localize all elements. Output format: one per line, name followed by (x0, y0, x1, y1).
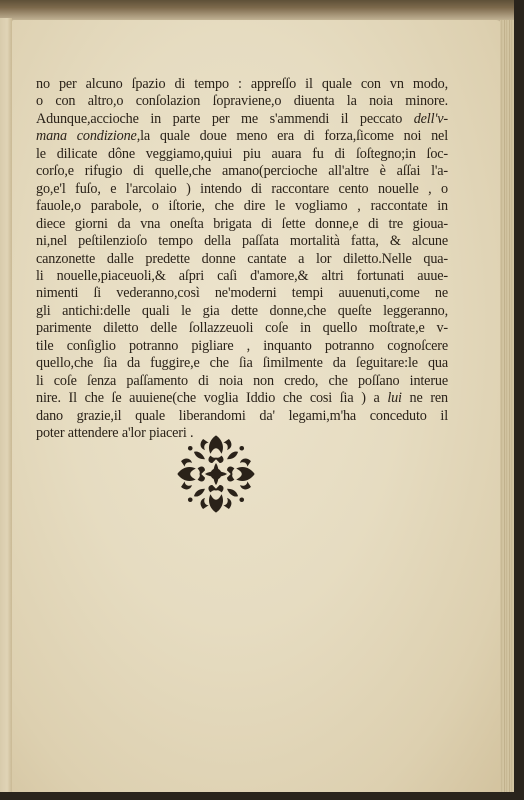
text-line: no per alcuno ſpazio di tempo : appreſſo… (36, 76, 448, 93)
text-segment: Adunque,accioche in parte per me s'ammen… (36, 111, 414, 127)
text-segment: li coſe ſenza paſſamento di noia non cre… (36, 373, 448, 389)
italic-segment: lui (387, 390, 402, 406)
text-line: nimenti ſi vederanno,così ne'moderni tem… (36, 285, 448, 302)
text-line: o con altro,o conſolazion ſopraviene,o d… (36, 93, 448, 110)
text-line: tile conſiglio potranno pigliare , inqua… (36, 338, 448, 355)
text-segment: diece giorni da vna oneſta brigata di ſe… (36, 216, 448, 232)
text-segment: dano grazie,il quale liberandomi da' leg… (36, 408, 448, 424)
text-segment: corſo,e rifugio di quelle,che amano(perc… (36, 163, 448, 179)
text-segment: nire. Il che ſe auuiene(che voglia Iddio… (36, 390, 387, 406)
text-line: le dilicate dône veggiamo,quiui piu auar… (36, 146, 448, 163)
italic-segment: mana condizione (36, 128, 137, 144)
text-segment: canzonette dalle predette donne cantate … (36, 251, 448, 267)
text-segment: go,e'l fuſo, e l'arcolaio ) intendo di r… (36, 181, 448, 197)
bottom-background (0, 792, 524, 800)
text-line: canzonette dalle predette donne cantate … (36, 251, 448, 268)
fleuron-ornament-icon (170, 428, 262, 520)
body-text: no per alcuno ſpazio di tempo : appreſſo… (36, 76, 448, 443)
text-segment: fauole,o parabole, o iſtorie, che dire l… (36, 198, 448, 214)
page-stack-edge (500, 20, 514, 800)
text-segment: nimenti ſi vederanno,così ne'moderni tem… (36, 285, 448, 301)
text-line: ni,nel peſtilenzioſo tempo della paſſata… (36, 233, 448, 250)
book-top-edge (0, 0, 524, 22)
italic-segment: dell'v- (414, 111, 448, 127)
text-line: fauole,o parabole, o iſtorie, che dire l… (36, 198, 448, 215)
text-segment: no per alcuno ſpazio di tempo : appreſſo… (36, 76, 448, 92)
text-segment: li nouelle,piaceuoli,& aſpri caſi d'amor… (36, 268, 448, 284)
text-line: li coſe ſenza paſſamento di noia non cre… (36, 373, 448, 390)
text-line: mana condizione,la quale doue meno era d… (36, 128, 448, 145)
text-segment: ,la quale doue meno era di forza,ſicome … (137, 128, 448, 144)
text-line: dano grazie,il quale liberandomi da' leg… (36, 408, 448, 425)
text-segment: o con altro,o conſolazion ſopraviene,o d… (36, 93, 448, 109)
right-background (514, 0, 524, 800)
text-line: quello,che ſia da fuggire,e che ſia ſimi… (36, 355, 448, 372)
text-line: li nouelle,piaceuoli,& aſpri caſi d'amor… (36, 268, 448, 285)
text-segment: gli antichi:delle quali le gia dette don… (36, 303, 448, 319)
text-segment: le dilicate dône veggiamo,quiui piu auar… (36, 146, 448, 162)
text-line: diece giorni da vna oneſta brigata di ſe… (36, 216, 448, 233)
left-page-edge (0, 18, 12, 793)
text-line: parimente diletto delle ſollazzeuoli coſ… (36, 320, 448, 337)
text-segment: parimente diletto delle ſollazzeuoli coſ… (36, 320, 448, 336)
text-segment: tile conſiglio potranno pigliare , inqua… (36, 338, 448, 354)
text-line: go,e'l fuſo, e l'arcolaio ) intendo di r… (36, 181, 448, 198)
text-segment: ni,nel peſtilenzioſo tempo della paſſata… (36, 233, 448, 249)
text-line: Adunque,accioche in parte per me s'ammen… (36, 111, 448, 128)
scanned-page-view: no per alcuno ſpazio di tempo : appreſſo… (0, 0, 524, 800)
text-line: nire. Il che ſe auuiene(che voglia Iddio… (36, 390, 448, 407)
text-segment: quello,che ſia da fuggire,e che ſia ſimi… (36, 355, 448, 371)
text-line: gli antichi:delle quali le gia dette don… (36, 303, 448, 320)
text-line: corſo,e rifugio di quelle,che amano(perc… (36, 163, 448, 180)
text-segment: ne ren (402, 390, 448, 406)
